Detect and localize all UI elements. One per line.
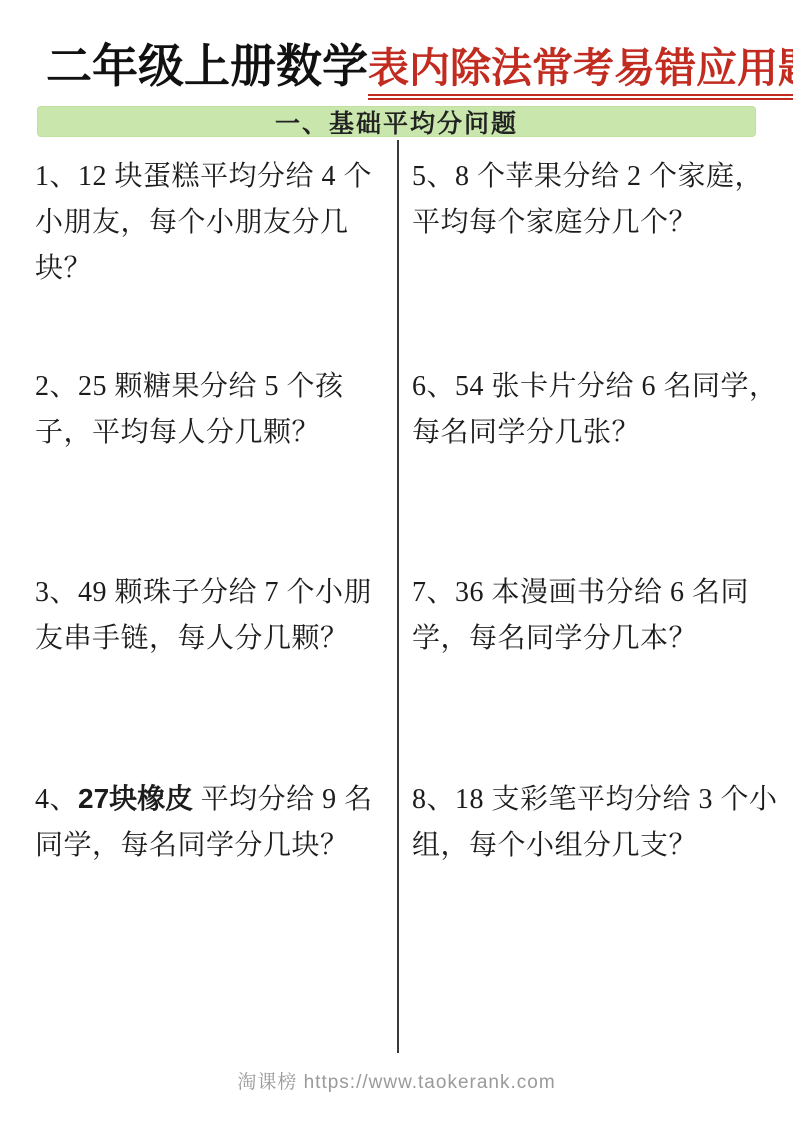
problem-number-3: 3、 (35, 577, 78, 608)
problem-4-bold-fragment: 27块橡皮 (78, 783, 193, 814)
problem-number-5: 5、 (412, 161, 455, 192)
problems-grid: 1、12 块蛋糕平均分给 4 个小朋友，每个小朋友分几块？ 5、8 个苹果分给 … (0, 140, 793, 1053)
problem-cell-6: 6、54 张卡片分给 6 名同学，每名同学分几张？ (397, 350, 793, 556)
section-banner-label: 一、基础平均分问题 (275, 104, 518, 140)
title-grade-subject: 二年级上册数学 (46, 41, 368, 92)
problem-cell-2: 2、25 颗糖果分给 5 个孩子，平均每人分几颗？ (0, 350, 397, 556)
problem-number-4: 4、 (35, 784, 78, 815)
title-topic-highlight: 表内除法常考易错应用题 (368, 45, 793, 100)
problem-cell-5: 5、8 个苹果分给 2 个家庭，平均每个家庭分几个？ (397, 140, 793, 350)
problem-cell-4: 4、27块橡皮 平均分给 9 名同学，每名同学分几块？ (0, 763, 397, 1053)
problem-text-2: 2、25 颗糖果分给 5 个孩子，平均每人分几颗？ (35, 363, 385, 456)
problem-text-5: 5、8 个苹果分给 2 个家庭，平均每个家庭分几个？ (412, 153, 781, 246)
problem-text-7: 7、36 本漫画书分给 6 名同学，每名同学分几本？ (412, 569, 781, 662)
problem-number-6: 6、 (412, 371, 455, 402)
problem-text-4: 4、27块橡皮 平均分给 9 名同学，每名同学分几块？ (35, 776, 385, 869)
footer: 淘课榜 https://www.taokerank.com (0, 1067, 793, 1094)
problem-cell-1: 1、12 块蛋糕平均分给 4 个小朋友，每个小朋友分几块？ (0, 140, 397, 350)
worksheet-page: 二年级上册数学表内除法常考易错应用题 一、基础平均分问题 1、12 块蛋糕平均分… (0, 0, 793, 1121)
page-title: 二年级上册数学表内除法常考易错应用题 (46, 34, 793, 104)
problem-cell-3: 3、49 颗珠子分给 7 个小朋友串手链，每人分几颗？ (0, 556, 397, 763)
footer-watermark: 淘课榜 https://www.taokerank.com (237, 1072, 555, 1093)
problem-text-1: 1、12 块蛋糕平均分给 4 个小朋友，每个小朋友分几块？ (35, 153, 385, 292)
problem-cell-8: 8、18 支彩笔平均分给 3 个小组，每个小组分几支？ (397, 763, 793, 1053)
problem-cell-7: 7、36 本漫画书分给 6 名同学，每名同学分几本？ (397, 556, 793, 763)
problem-number-8: 8、 (412, 784, 455, 815)
problem-number-2: 2、 (35, 371, 78, 402)
problem-text-6: 6、54 张卡片分给 6 名同学，每名同学分几张？ (412, 363, 781, 456)
problem-text-3: 3、49 颗珠子分给 7 个小朋友串手链，每人分几颗？ (35, 569, 385, 662)
problem-number-1: 1、 (35, 161, 78, 192)
problem-text-8: 8、18 支彩笔平均分给 3 个小组，每个小组分几支？ (412, 776, 781, 869)
problem-number-7: 7、 (412, 577, 455, 608)
section-banner: 一、基础平均分问题 (37, 106, 756, 137)
